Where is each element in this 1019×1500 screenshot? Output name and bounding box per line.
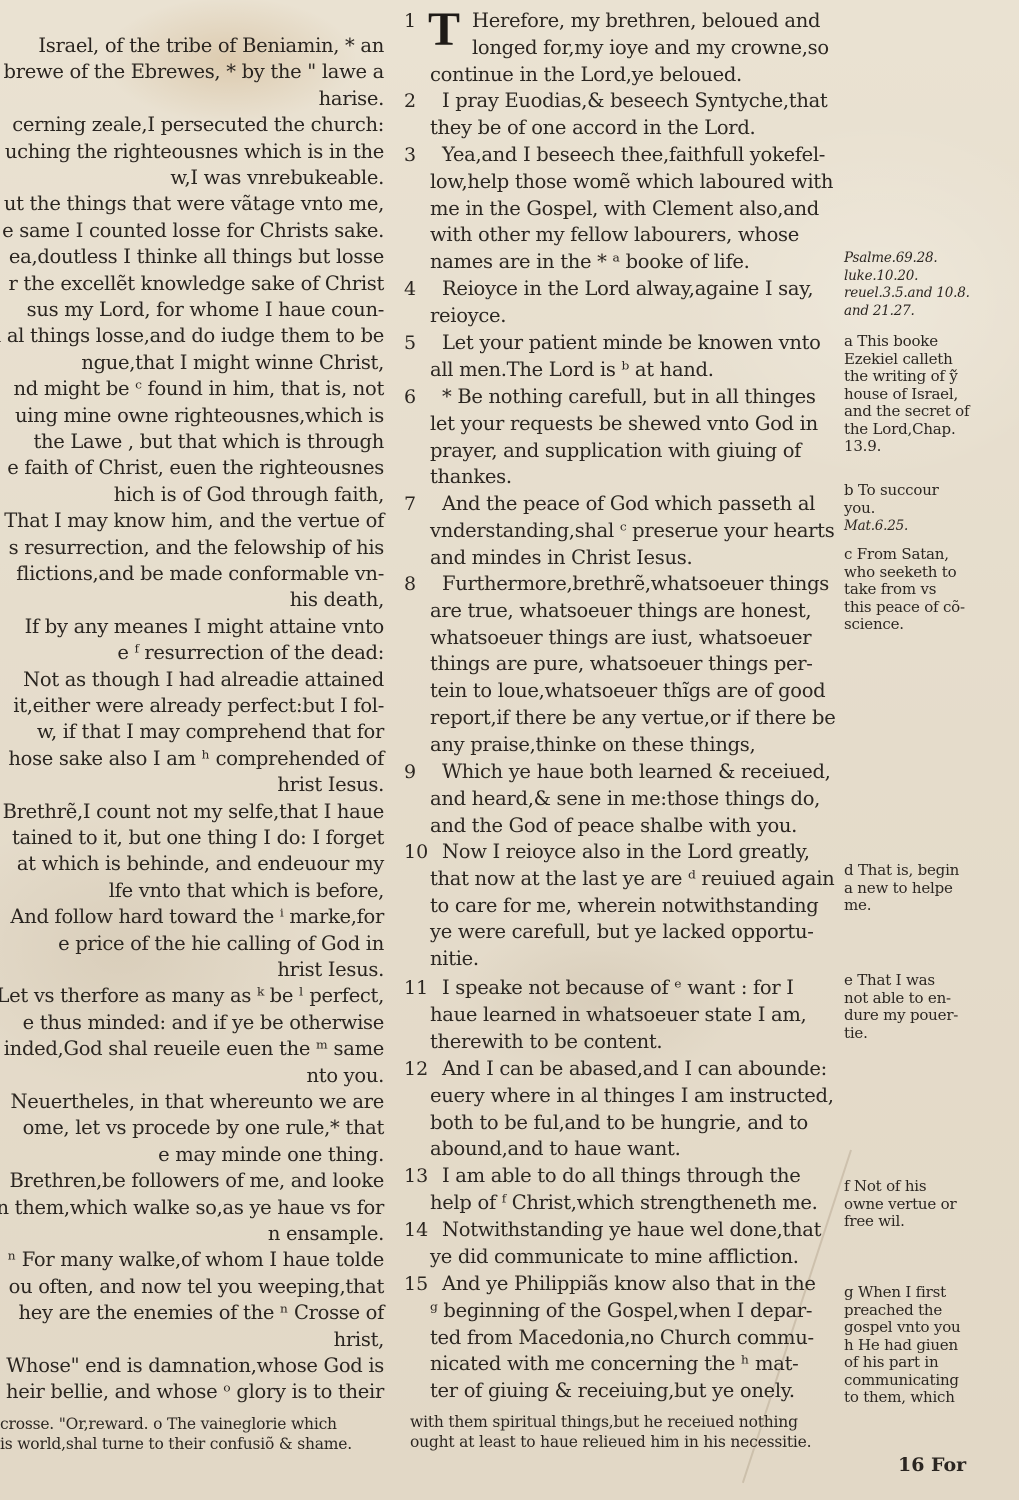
verse-text-line: prayer, and supplication with giuing of: [430, 438, 801, 464]
left-text-line: e price of the hie calling of God in: [58, 931, 384, 957]
verse-number: 13: [404, 1163, 428, 1189]
verse-text-line: they be of one accord in the Lord.: [430, 115, 755, 141]
verse-text-line: I pray Euodias,& beseech Syntyche,that: [442, 88, 827, 114]
verse-number: 10: [404, 839, 428, 865]
verse-number: 4: [404, 276, 428, 302]
verse-number: 9: [404, 759, 428, 785]
verse-text-line: ye were carefull, but ye lacked opportu-: [430, 919, 814, 945]
verse-text-line: Yea,and I beseech thee,faithfull yokefel…: [442, 142, 825, 168]
verse-text-line: vnderstanding,shal ᶜ preserue your heart…: [430, 518, 834, 544]
verse-text-line: ᵍ beginning of the Gospel,when I depar-: [430, 1298, 812, 1324]
left-text-line: Israel, of the tribe of Beniamin, * an: [38, 33, 384, 59]
verse-text-line: longed for,my ioye and my crowne,so: [472, 35, 829, 61]
left-footnote-1: crosse. "Or,reward. o The vaineglorie wh…: [0, 1414, 337, 1434]
left-text-line: hrist Iesus.: [277, 957, 384, 983]
verse-text-line: haue learned in whatsoeuer state I am,: [430, 1002, 806, 1028]
left-text-line: That I may know him, and the vertue of: [4, 508, 384, 534]
verse-text-line: abound,and to haue want.: [430, 1136, 680, 1162]
left-text-line: it,either were already perfect:but I fol…: [13, 693, 384, 719]
left-text-line: Brethrẽ,I count not my selfe,that I hau…: [3, 799, 384, 825]
margin-note-refs-3: and 21.27.: [844, 303, 915, 320]
margin-note-note-b: you.: [844, 500, 875, 517]
verse-text-line: and heard,& sene in me:those things do,: [430, 786, 820, 812]
left-text-line: sus my Lord, for whome I haue coun-: [27, 297, 384, 323]
verse-text-line: low,help those womẽ which laboured with: [430, 169, 833, 195]
verse-text-line: And the peace of God which passeth al: [442, 491, 815, 517]
margin-note-note-g: h He had giuen: [844, 1337, 958, 1354]
margin-note-note-g: to them, which: [844, 1389, 955, 1406]
verse-number: 8: [404, 571, 428, 597]
verse-text-line: report,if there be any vertue,or if ther…: [430, 705, 835, 731]
verse-text-line: Now I reioyce also in the Lord greatly,: [442, 839, 810, 865]
margin-note-note-f: owne vertue or: [844, 1196, 956, 1213]
left-footnote-2: is world,shal turne to their confusiõ &…: [0, 1434, 352, 1454]
margin-note-note-a: house of Israel,: [844, 386, 958, 403]
verse-text-line: tein to loue,whatsoeuer thĩgs are of go…: [430, 678, 825, 704]
left-text-line: s resurrection, and the felowship of his: [9, 535, 384, 561]
left-text-line: Whose" end is damnation,whose God is: [6, 1353, 384, 1379]
left-text-line: hrist,: [334, 1327, 384, 1353]
verse-text-line: I am able to do all things through the: [442, 1163, 800, 1189]
left-text-line: hich is of God through faith,: [114, 482, 384, 508]
left-text-line: w,I was vnrebukeable.: [170, 165, 384, 191]
verse-text-line: therewith to be content.: [430, 1029, 662, 1055]
left-text-line: Neuertheles, in that whereunto we are: [10, 1089, 384, 1115]
left-text-line: Let vs therfore as many as ᵏ be ˡ perfec…: [0, 983, 384, 1009]
margin-note-note-c: take from vs: [844, 581, 936, 598]
verse-text-line: all men.The Lord is ᵇ at hand.: [430, 357, 714, 383]
verse-text-line: ye did communicate to mine affliction.: [430, 1244, 799, 1270]
verse-text-line: that now at the last ye are ᵈ reuiued ag…: [430, 866, 834, 892]
verse-text-line: Herefore, my brethren, beloued and: [472, 8, 820, 34]
verse-text-line: * Be nothing carefull, but in all thinge…: [442, 384, 816, 410]
left-text-line: uching the righteousnes which is in the: [5, 139, 384, 165]
verse-number: 7: [404, 491, 428, 517]
verse-text-line: both to be ful,and to be hungrie, and to: [430, 1110, 808, 1136]
left-text-line: harise.: [319, 86, 384, 112]
verse-text-line: whatsoeuer things are iust, whatsoeuer: [430, 625, 811, 651]
left-text-line: e thus minded: and if ye be otherwise: [23, 1010, 384, 1036]
left-text-line: ut the things that were vãtage vnto me,: [4, 191, 384, 217]
catchword: 16 For: [898, 1454, 966, 1476]
verse-text-line: are true, whatsoeuer things are honest,: [430, 598, 811, 624]
margin-note-ref-6: Mat.6.25.: [844, 518, 908, 535]
left-text-line: e same I counted losse for Christs sake.: [2, 218, 384, 244]
margin-note-note-a: the writing of y᷉: [844, 368, 958, 385]
left-text-line: hrist Iesus.: [277, 772, 384, 798]
margin-note-note-c: science.: [844, 616, 904, 633]
left-text-line: ou often, and now tel you weeping,that: [9, 1274, 384, 1300]
verse-number: 11: [404, 975, 428, 1001]
left-text-line: e may minde one thing.: [158, 1142, 384, 1168]
verse-text-line: help of ᶠ Christ,which strengtheneth me.: [430, 1190, 818, 1216]
margin-note-note-d: me.: [844, 897, 871, 914]
margin-note-note-g: of his part in: [844, 1354, 938, 1371]
left-text-line: at which is behinde, and endeuour my: [17, 851, 384, 877]
verse-number: 6: [404, 384, 428, 410]
margin-note-note-a: 13.9.: [844, 438, 881, 455]
verse-number: 14: [404, 1217, 428, 1243]
margin-note-note-e: e That I was: [844, 972, 935, 989]
verse-text-line: continue in the Lord,ye beloued.: [430, 62, 742, 88]
margin-note-note-g: gospel vnto you: [844, 1319, 961, 1336]
right-footnote-2: ought at least to haue relieued him in h…: [410, 1432, 811, 1452]
margin-note-note-b: b To succour: [844, 482, 939, 499]
verse-text-line: Notwithstanding ye haue wel done,that: [442, 1217, 821, 1243]
left-text-line: heir bellie, and whose ᵒ glory is to the…: [6, 1379, 384, 1405]
left-text-line: ngue,that I might winne Christ,: [81, 350, 384, 376]
left-text-line: e faith of Christ, euen the righteousnes: [7, 455, 384, 481]
margin-note-refs-3: luke.10.20.: [844, 268, 918, 285]
verse-text-line: reioyce.: [430, 303, 506, 329]
verse-text-line: Reioyce in the Lord alway,againe I say,: [442, 276, 813, 302]
verse-text-line: ted from Macedonia,no Church commu-: [430, 1325, 814, 1351]
verse-text-line: thankes.: [430, 464, 512, 490]
margin-note-note-e: not able to en-: [844, 990, 951, 1007]
verse-text-line: And I can be abased,and I can abounde:: [442, 1056, 827, 1082]
verse-text-line: Which ye haue both learned & receiued,: [442, 759, 831, 785]
margin-note-note-a: a This booke: [844, 333, 938, 350]
verse-text-line: and mindes in Christ Iesus.: [430, 545, 692, 571]
left-text-line: Not as though I had alreadie attained: [23, 667, 384, 693]
verse-text-line: nitie.: [430, 946, 479, 972]
verse-text-line: I speake not because of ᵉ want : for I: [442, 975, 794, 1001]
left-text-line: hey are the enemies of the ⁿ Crosse of: [19, 1300, 384, 1326]
left-text-line: r the excellẽt knowledge sake of Christ: [8, 271, 384, 297]
left-text-line: tained to it, but one thing I do: I forg…: [12, 825, 384, 851]
verse-text-line: euery where in al thinges I am instructe…: [430, 1083, 834, 1109]
margin-note-note-e: tie.: [844, 1025, 868, 1042]
left-text-line: ome, let vs procede by one rule,* that: [23, 1115, 384, 1141]
margin-note-note-f: free wil.: [844, 1213, 905, 1230]
verse-text-line: to care for me, wherein notwithstanding: [430, 893, 818, 919]
left-text-line: his death,: [290, 587, 384, 613]
margin-note-note-g: g When I first: [844, 1284, 946, 1301]
left-text-line: n ensample.: [268, 1221, 384, 1247]
left-text-line: inded,God shal reueile euen the ᵐ same: [4, 1036, 384, 1062]
verse-number: 15: [404, 1271, 428, 1297]
left-text-line: w, if that I may comprehend that for: [37, 719, 384, 745]
margin-note-refs-3: reuel.3.5.and 10.8.: [844, 285, 970, 302]
verse-number: 1: [404, 8, 428, 34]
verse-number: 12: [404, 1056, 428, 1082]
verse-text-line: and the God of peace shalbe with you.: [430, 813, 797, 839]
verse-text-line: things are pure, whatsoeuer things per-: [430, 651, 813, 677]
verse-text-line: ter of giuing & receiuing,but ye onely.: [430, 1378, 795, 1404]
left-text-line: n them,which walke so,as ye haue vs for: [0, 1195, 384, 1221]
verse-number: 5: [404, 330, 428, 356]
dropcap-letter: T: [428, 8, 460, 52]
verse-text-line: with other my fellow labourers, whose: [430, 222, 799, 248]
left-text-line: And follow hard toward the ⁱ marke,for: [10, 904, 384, 930]
left-text-line: ea,doutless I thinke all things but loss…: [9, 244, 384, 270]
left-text-line: uing mine owne righteousnes,which is: [15, 403, 384, 429]
verse-text-line: And ye Philippiãs know also that in the: [442, 1271, 816, 1297]
verse-text-line: any praise,thinke on these things,: [430, 732, 755, 758]
margin-note-note-g: communicating: [844, 1372, 959, 1389]
margin-note-note-c: c From Satan,: [844, 546, 949, 563]
margin-note-note-f: f Not of his: [844, 1178, 926, 1195]
left-text-line: If by any meanes I might attaine vnto: [25, 614, 384, 640]
left-text-line: lfe vnto that which is before,: [109, 878, 384, 904]
margin-note-note-a: the Lord,Chap.: [844, 421, 956, 438]
verse-text-line: Let your patient minde be knowen vnto: [442, 330, 821, 356]
verse-text-line: Furthermore,brethrẽ,whatsoeuer things: [442, 571, 829, 597]
verse-text-line: me in the Gospel, with Clement also,and: [430, 196, 819, 222]
left-text-line: ⁿ For many walke,of whom I haue tolde: [8, 1247, 384, 1273]
left-text-line: brewe of the Ebrewes, * by the " lawe a: [4, 59, 384, 85]
margin-note-note-d: d That is, begin: [844, 862, 959, 879]
margin-note-refs-3: Psalme.69.28.: [844, 250, 937, 267]
margin-note-note-a: Ezekiel calleth: [844, 351, 953, 368]
margin-note-note-c: who seeketh to: [844, 564, 956, 581]
margin-note-note-c: this peace of cõ-: [844, 599, 965, 616]
left-text-line: d al things losse,and do iudge them to b…: [0, 323, 384, 349]
left-text-line: flictions,and be made conformable vn-: [16, 561, 384, 587]
left-text-line: Brethren,be followers of me, and looke: [10, 1168, 384, 1194]
margin-note-note-a: and the secret of: [844, 403, 969, 420]
margin-note-note-e: dure my pouer-: [844, 1007, 958, 1024]
verse-text-line: let your requests be shewed vnto God in: [430, 411, 818, 437]
left-text-line: e ᶠ resurrection of the dead:: [117, 640, 384, 666]
left-text-line: nto you.: [307, 1063, 384, 1089]
left-text-line: the Lawe , but that which is through: [33, 429, 384, 455]
verse-text-line: names are in the * ᵃ booke of life.: [430, 249, 750, 275]
margin-note-note-d: a new to helpe: [844, 880, 953, 897]
verse-number: 2: [404, 88, 428, 114]
left-text-line: nd might be ᶜ found in him, that is, not: [14, 376, 384, 402]
verse-number: 3: [404, 142, 428, 168]
right-footnote-1: with them spiritual things,but he receiu…: [410, 1412, 798, 1432]
margin-note-note-g: preached the: [844, 1302, 942, 1319]
left-text-line: cerning zeale,I persecuted the church:: [12, 112, 384, 138]
left-text-line: hose sake also I am ʰ comprehended of: [8, 746, 384, 772]
verse-text-line: nicated with me concerning the ʰ mat-: [430, 1351, 798, 1377]
